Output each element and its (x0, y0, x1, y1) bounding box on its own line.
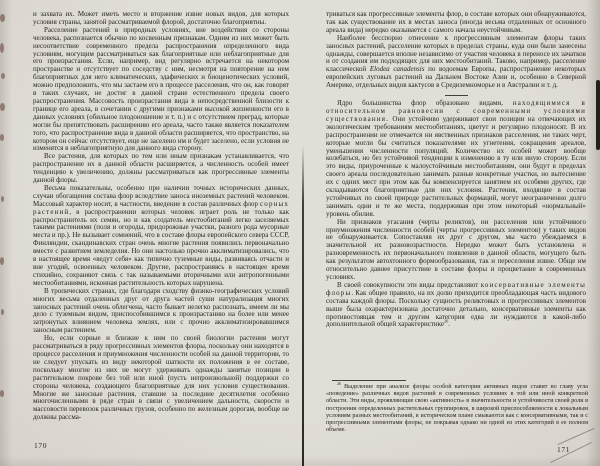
paragraph: Наиболее бесспорно отнесение к прогресси… (326, 35, 586, 90)
text-segment: В своей совокупности эти виды представля… (337, 281, 481, 289)
paragraph: В тропических странах, где благодаря схо… (33, 288, 289, 335)
footnote-text: 26 Выделение при анализе флоры особой ка… (326, 384, 588, 434)
paragraph: В своей совокупности эти виды представля… (326, 282, 586, 329)
paragraph-continuation: триваться как прогрессивные элементы фло… (326, 11, 586, 35)
scan-smudge (1, 73, 5, 79)
footnote: 26 Выделение при анализе флоры особой ка… (326, 380, 588, 434)
footnote-divider (332, 380, 406, 381)
text-segment: . (448, 320, 450, 328)
scan-smudge (0, 43, 4, 53)
text-segment: Выделение при анализе флоры особой катег… (326, 384, 588, 433)
paragraph: Расселение растений в природных условиях… (33, 27, 289, 154)
text-segment: . Как общее правило, на их долю приходит… (326, 289, 586, 329)
text-segment: Весьма показательны, особенно при наличи… (33, 184, 289, 208)
section-divider (445, 95, 468, 96)
book-spread: и захвата их. Может иметь место и вторже… (0, 0, 600, 466)
text-segment: Ядро большинства флор образовано видами, (337, 99, 513, 107)
scan-smudge (0, 257, 4, 265)
paragraph-continuation: и захвата их. Может иметь место и вторже… (33, 11, 289, 27)
scan-edge-mark (596, 80, 600, 150)
scan-smudge (0, 390, 4, 397)
page-left: и захвата их. Может иметь место и вторже… (33, 11, 289, 422)
page-number-left: 170 (34, 441, 47, 450)
species-name: Elodea canadensis (370, 65, 425, 73)
text-segment: Они устойчиво удерживают свои позиции на… (326, 115, 586, 218)
scan-smudge (1, 309, 4, 315)
paragraph: Но, если сорные и близкие к ним по своей… (33, 335, 289, 422)
page-gutter-crease (302, 145, 304, 466)
paragraph: Весьма показательны, особенно при наличи… (33, 185, 289, 288)
scan-smudge (0, 14, 5, 22)
text-segment: , в распространении которых человек игра… (33, 208, 289, 287)
scan-smudge (0, 103, 5, 111)
scan-smudge (1, 196, 4, 202)
page-right: триваться как прогрессивные элементы фло… (326, 11, 586, 329)
paragraph: Все растения, для которых по тем или ины… (33, 153, 289, 185)
scan-smudge (0, 134, 4, 141)
paragraph: Ядро большинства флор образовано видами,… (326, 100, 586, 219)
paragraph: Ни признаков угасания (черты реликтов), … (326, 219, 586, 282)
